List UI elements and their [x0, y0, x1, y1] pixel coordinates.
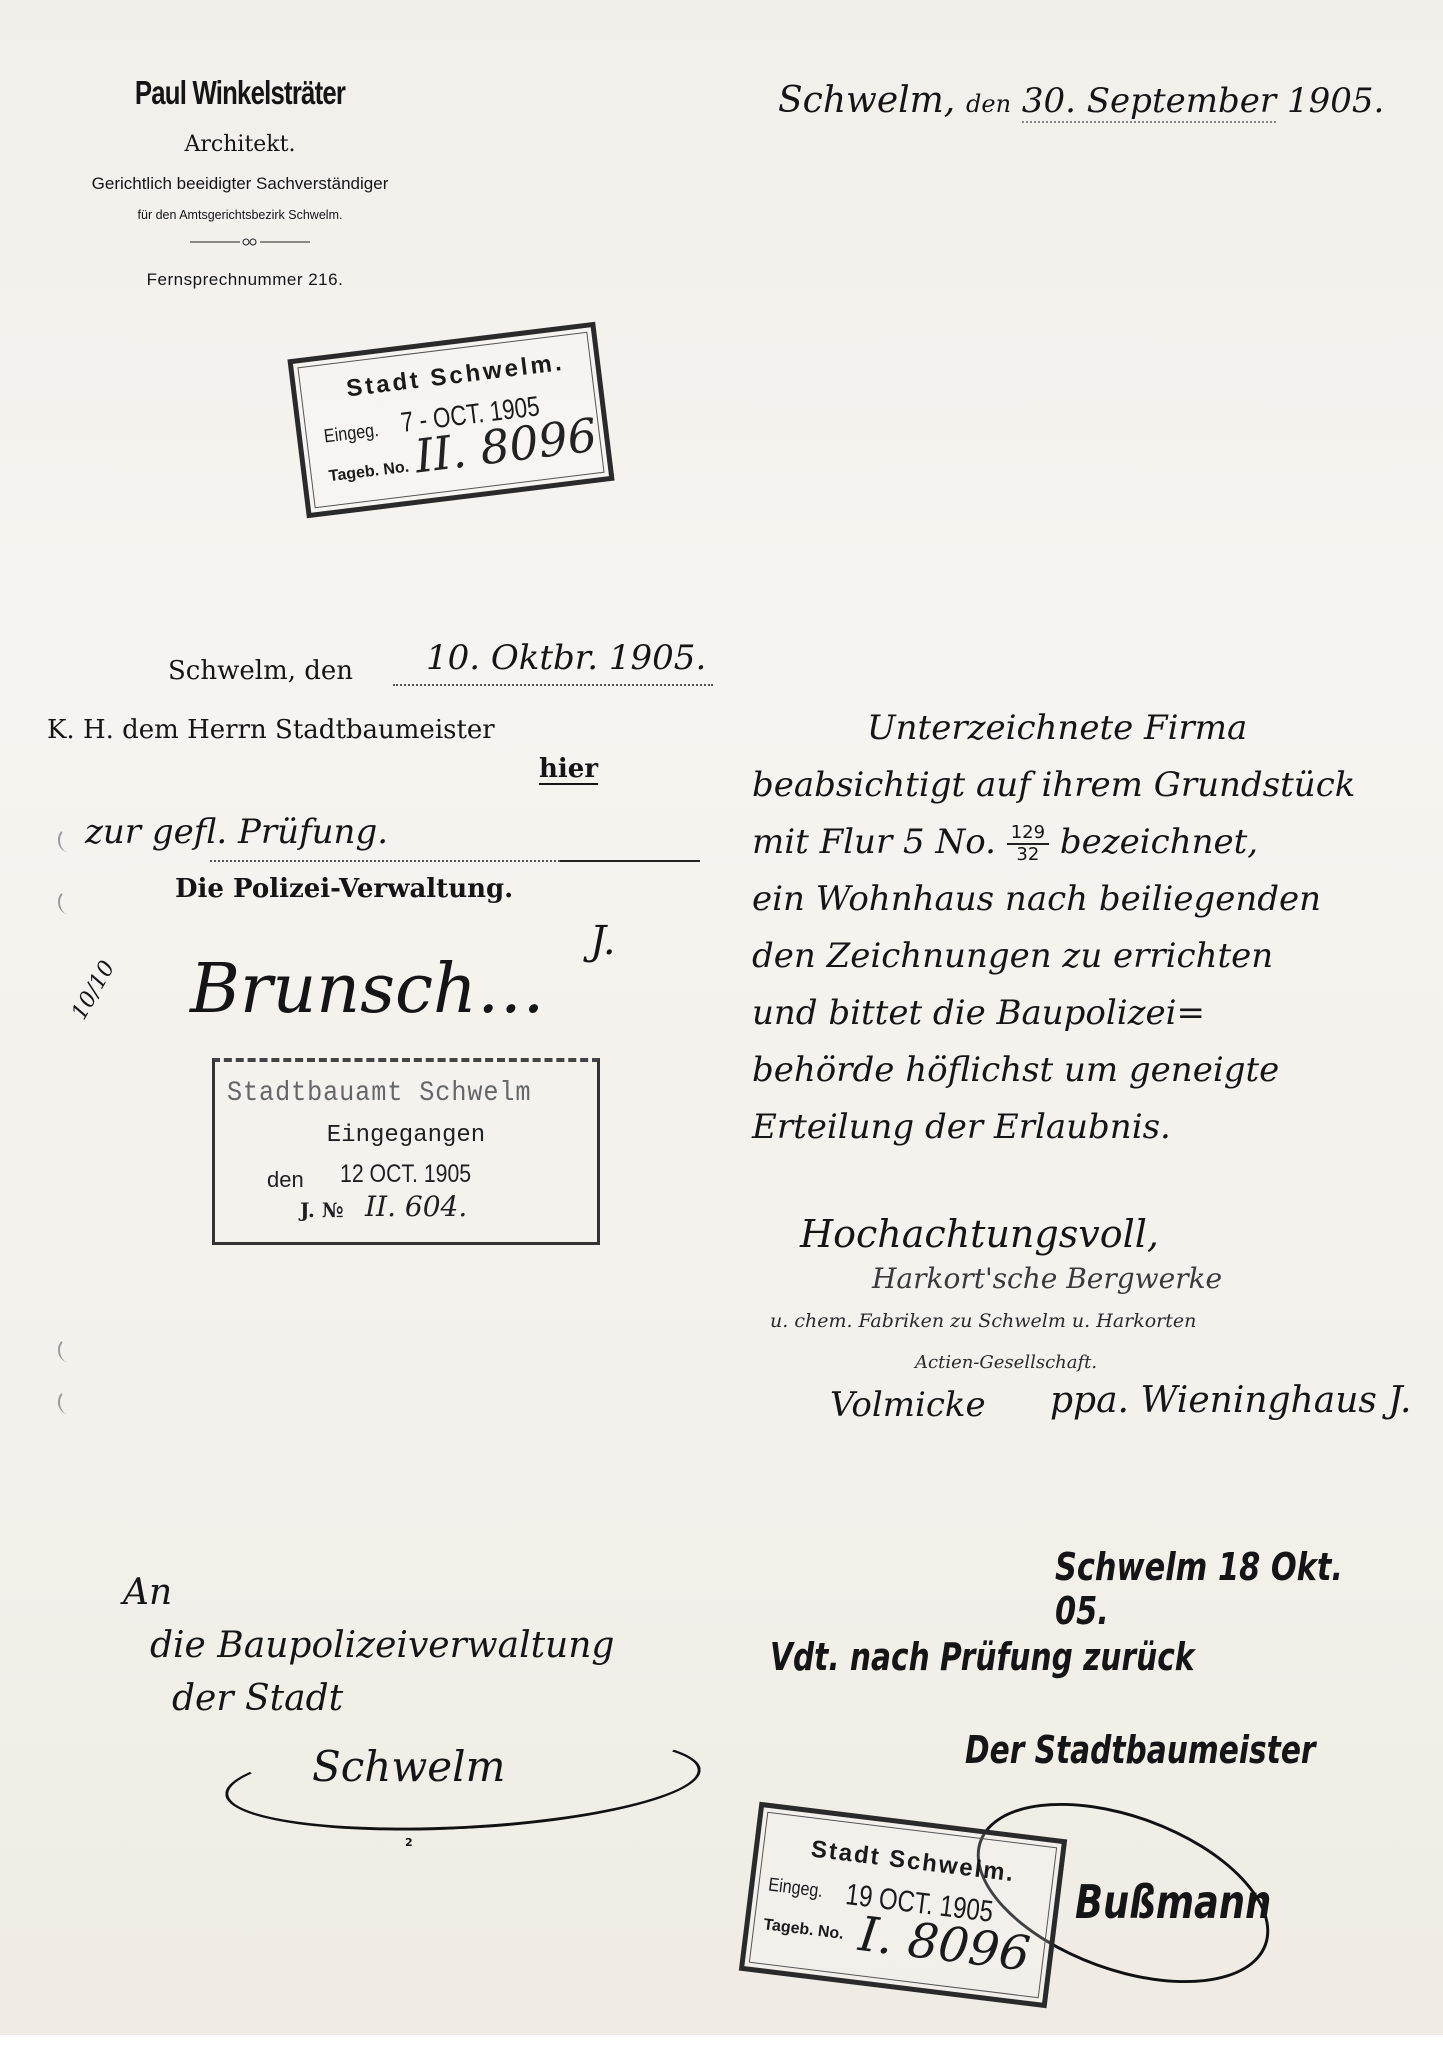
company-stamp-line3: Actien-Gesellschaft.: [915, 1352, 1097, 1373]
approval-title: Der Stadtbaumeister: [965, 1728, 1316, 1772]
stamp-number: II. 604.: [365, 1190, 467, 1223]
form-location: hier: [539, 754, 598, 784]
letterhead-title: Architekt.: [95, 132, 385, 157]
stamp-number: I. 8096: [856, 1906, 1033, 1983]
header-date-value: 30. September: [1022, 81, 1276, 123]
form-signature: Brunsch…: [190, 950, 545, 1029]
page-mark: 2: [405, 1836, 413, 1849]
received-stamp-building-office: Stadtbauamt Schwelm Eingegangen den 12 O…: [212, 1058, 600, 1245]
form-date-value: 10. Oktbr. 1905.: [426, 638, 706, 678]
address-line4: Schwelm: [312, 1742, 505, 1791]
margin-tick: [58, 890, 78, 914]
stamp-tageb-label: Tageb. No.: [328, 459, 410, 487]
letter-line: behörde höflichst um geneigte: [752, 1042, 1412, 1099]
stamp-eingeg-label: Eingeg.: [767, 1875, 824, 1904]
form-note: zur gefl. Prüfung.: [85, 812, 388, 852]
letterhead-name: Paul Winkelsträter: [127, 74, 353, 112]
header-date-place: Schwelm,: [778, 80, 955, 121]
header-date: Schwelm, den 30. September 1905.: [778, 80, 1384, 123]
letterhead-subtitle: Gerichtlich beeidigter Sachverständiger: [40, 174, 440, 194]
stamp-office: Stadtbauamt Schwelm: [227, 1078, 531, 1109]
letter-line: beabsichtigt auf ihrem Grundstück: [752, 757, 1412, 814]
address-line3: der Stadt: [172, 1678, 343, 1719]
company-stamp-line1: Harkort'sche Bergwerke: [872, 1262, 1222, 1295]
form-authority: Die Polizei-Verwaltung.: [175, 874, 513, 904]
form-date-label: Schwelm, den: [168, 656, 353, 686]
stamp-city: Stadt Schwelm.: [809, 1835, 1016, 1888]
stamp-tageb-label: Tageb. No.: [762, 1916, 844, 1944]
letter-line: und bittet die Baupolizei=: [752, 985, 1412, 1042]
letter-line-suffix: bezeichnet,: [1060, 822, 1258, 862]
margin-tick: [58, 828, 78, 852]
stamp-received: Eingegangen: [215, 1122, 597, 1149]
stamp-den-label: den: [267, 1167, 304, 1193]
letterhead-district: für den Amtsgerichtsbezirk Schwelm.: [40, 208, 440, 222]
approval-memo: Vdt. nach Prüfung zurück: [770, 1635, 1195, 1679]
letter-line: Unterzeichnete Firma: [752, 700, 1412, 757]
approval-dateline: Schwelm 18 Okt. 05.: [1055, 1545, 1365, 1633]
form-signature-suffix: J.: [590, 918, 616, 964]
form-date-line: [393, 684, 713, 686]
form-recipient: K. H. dem Herrn Stadtbaumeister: [47, 715, 495, 745]
margin-tick: [58, 1390, 78, 1414]
approval-signature: Bußmann: [1075, 1875, 1271, 1929]
form-note-rule: [560, 860, 700, 862]
header-date-year: 1905.: [1287, 81, 1384, 121]
letter-line: mit Flur 5 No.: [752, 822, 996, 862]
margin-tick: [58, 1338, 78, 1362]
address-line1: An: [123, 1572, 172, 1613]
parcel-denominator: 32: [1007, 845, 1049, 865]
stamp-jno-label: J. №: [300, 1198, 344, 1222]
letter-line: den Zeichnungen zu errichten: [752, 928, 1412, 985]
parcel-fraction: 129 32: [1007, 823, 1049, 865]
letterhead-phone: Fernsprechnummer 216.: [60, 270, 430, 290]
stamp-eingeg-label: Eingeg.: [323, 420, 380, 449]
address-line2: die Baupolizeiverwaltung: [150, 1625, 614, 1666]
ornament-divider-icon: [190, 236, 310, 248]
letter-line-parcel: mit Flur 5 No. 129 32 bezeichnet,: [752, 814, 1412, 871]
header-date-den: den: [966, 90, 1011, 118]
scan-border: [0, 2035, 1443, 2048]
letter-line: ein Wohnhaus nach beiliegenden: [752, 871, 1412, 928]
signature-wieninghaus: ppa. Wieninghaus J.: [1050, 1380, 1411, 1421]
signature-volmicke: Volmicke: [830, 1385, 986, 1425]
letter-line: Erteilung der Erlaubnis.: [752, 1099, 1412, 1156]
letter-body: Unterzeichnete Firma beabsichtigt auf ih…: [752, 700, 1412, 1156]
stamp-date: 12 OCT. 1905: [340, 1160, 471, 1189]
parcel-numerator: 129: [1007, 823, 1049, 845]
company-stamp-line2: u. chem. Fabriken zu Schwelm u. Harkorte…: [770, 1310, 1196, 1332]
letter-closing: Hochachtungsvoll,: [800, 1212, 1159, 1256]
form-date: Schwelm, den 10. Oktbr. 1905.: [168, 656, 353, 686]
